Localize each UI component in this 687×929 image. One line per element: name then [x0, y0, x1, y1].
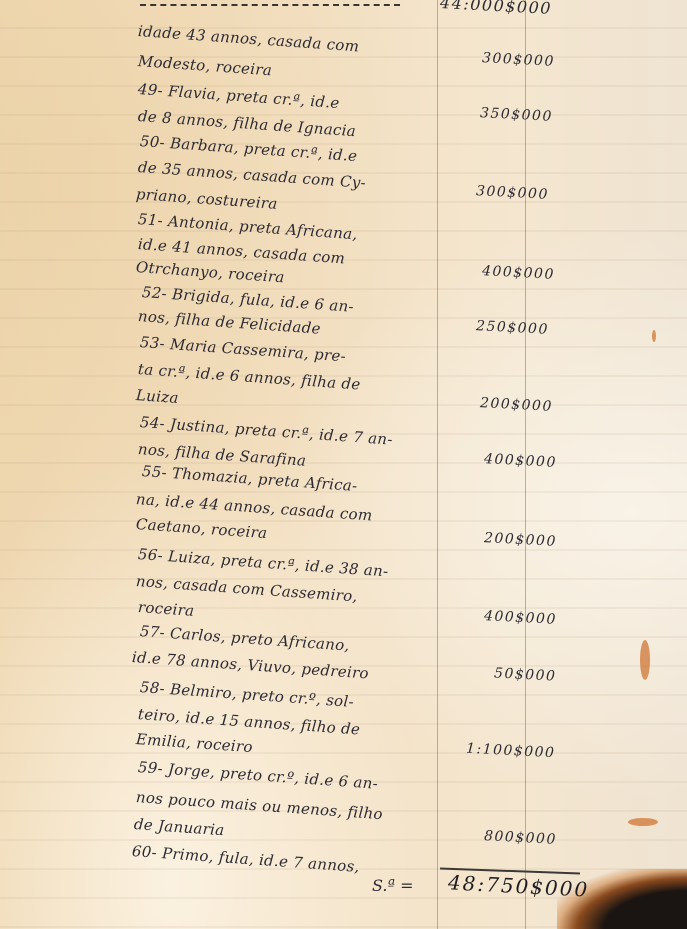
- rust-stain: [628, 818, 658, 826]
- rust-stain: [640, 640, 650, 680]
- entry-line: Luiza: [135, 386, 179, 407]
- column-rule-left: [437, 0, 438, 929]
- top-dash-line: [140, 4, 400, 6]
- rust-stain: [652, 330, 656, 342]
- total-label: S.ª =: [372, 876, 414, 895]
- entry-line: roceira: [137, 598, 195, 620]
- amount: 50$000: [494, 665, 557, 684]
